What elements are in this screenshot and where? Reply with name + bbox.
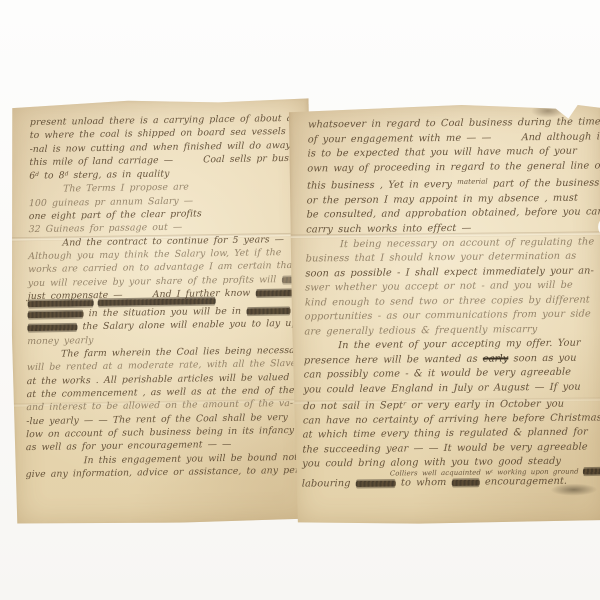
handwriting-block-right: whatsoever in regard to Coal business du… [302, 115, 600, 492]
handwriting-text: carry such works into effect — [306, 223, 471, 236]
handwriting-text: 100 guineas pr annum Salary — [29, 195, 193, 209]
handwriting-text: sterg, as in quality [68, 169, 169, 182]
handwriting-text: The Terms I propose are [63, 182, 189, 195]
handwriting-text: money yearly [27, 335, 93, 347]
handwriting-text: opportunities - as our communications fr… [305, 309, 591, 323]
scribbled-out-text [452, 480, 480, 486]
handwriting-text: in the situation you will be in [84, 306, 247, 320]
handwriting-text: And although it [521, 131, 600, 143]
handwriting-text: soon as possible - I shall expect immedi… [305, 265, 594, 279]
scribbled-out-text [246, 308, 290, 315]
scribbled-out-text [28, 311, 84, 318]
handwriting-text: swer whether you accept or not - and you… [305, 280, 573, 294]
handwriting-text: to 8 [39, 170, 65, 181]
struck-word: early [483, 353, 509, 364]
handwriting-text: presence here will be wanted as [304, 354, 483, 367]
handwriting-text: whatsoever in regard to Coal business du… [308, 116, 600, 130]
handwriting-text: to whom [396, 477, 452, 489]
handwriting-text: It being necessary on account of regulat… [340, 236, 595, 250]
handwriting-text: part of the business , I, [488, 178, 600, 190]
handwriting-text: you could leave England in July or Augus… [303, 382, 580, 396]
handwriting-text: own way of proceeding in regard to the g… [307, 160, 600, 174]
scribbled-out-text [27, 325, 77, 332]
handwriting-text: this business , Yet in every [307, 179, 457, 192]
handwriting-text: 32 Guineas for passage out — [29, 222, 183, 235]
handwriting-text: In the event of your accepting my offer.… [338, 338, 581, 352]
letter-page-right: whatsoever in regard to Coal business du… [289, 101, 600, 526]
handwriting-text: are generally tedious & frequently misca… [304, 324, 537, 337]
handwriting-block-left: present unload there is a carrying place… [26, 112, 312, 482]
handwriting-text: can have no certainty of arriving here b… [303, 412, 600, 426]
handwriting-text: of your engagement with me — — [308, 132, 492, 145]
handwriting-text: encouragement. [480, 476, 568, 488]
handwriting-text: one eight part of the clear profits [29, 208, 202, 222]
handwriting-text: or very early in October you [406, 398, 564, 411]
handwriting-text: kind enough to send two or three copies … [305, 294, 590, 308]
handwriting-line: labouring to whom encouragement. [302, 475, 598, 493]
handwriting-text: this mile of land carriage — [29, 155, 173, 168]
handwriting-text: labouring [302, 478, 356, 490]
handwriting-text: soon as you [508, 353, 576, 365]
scribbled-out-text [356, 481, 396, 487]
letter-page-left: present unload there is a carrying place… [8, 97, 316, 528]
handwriting-text: do not sail in Sept [303, 400, 403, 412]
handwriting-text: give any information, advice or assistan… [26, 465, 316, 481]
handwriting-text: the succeeding year — — It would be very… [302, 441, 587, 455]
handwriting-text: at which time every thing is regulated &… [303, 427, 588, 441]
photograph-of-letter: present unload there is a carrying place… [0, 0, 600, 600]
handwriting-text: be consulted, and approbation obtained, … [306, 207, 600, 221]
scribbled-out-text [583, 468, 600, 474]
handwriting-text: is to be expected that you will have muc… [307, 146, 577, 160]
handwriting-text: can possibly come - & it would be very a… [304, 367, 572, 381]
interlinear-insertion: material [457, 178, 488, 186]
handwriting-text: or the person I may appoint in my absenc… [307, 193, 578, 207]
handwriting-text: business that I should know your determi… [306, 251, 577, 265]
